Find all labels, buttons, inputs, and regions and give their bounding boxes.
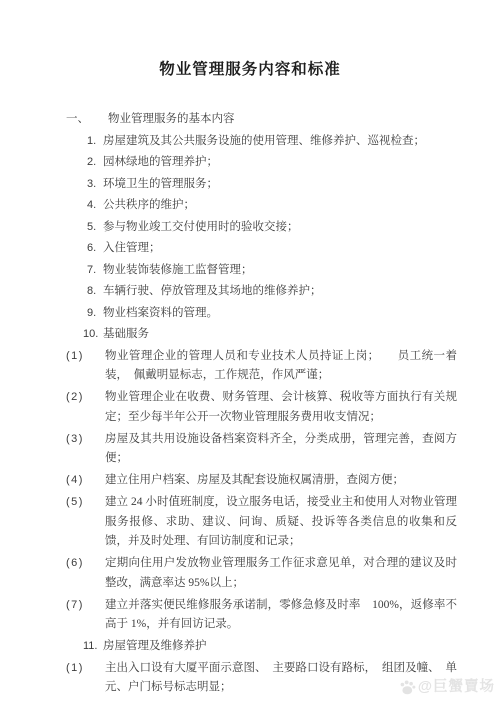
list-item-number: 9. — [87, 304, 100, 324]
list-item: 8. 车辆行驶、停放管理及其场地的维修养护； — [87, 282, 500, 302]
list-item-text: 园林绿地的管理养护； — [103, 153, 218, 173]
list-item: 11. 房屋管理及维修养护 — [83, 637, 500, 657]
list-item-text: 环境卫生的管理服务； — [103, 175, 218, 195]
sub-item-text: 物业管理企业在收费、财务管理、会计核算、税收等方面执行有关规定；至少每半年公开一… — [105, 388, 457, 427]
list-item: 4. 公共秩序的维护； — [87, 196, 500, 216]
section-marker: 一、 — [66, 110, 108, 130]
list-item-number: 4. — [87, 196, 100, 216]
list-item: 7. 物业装饰装修施工监督管理； — [87, 261, 500, 281]
sub-list-item: (1) 物业管理企业的管理人员和专业技术人员持证上岗； 员工统一着装， 佩戴明显… — [66, 347, 500, 386]
list-item: 6. 入住管理； — [87, 239, 500, 259]
sub-list-item: (5) 建立 24 小时值班制度，设立服务电话，接受业主和使用人对物业管理服务报… — [66, 493, 500, 552]
list-item-number: 6. — [87, 239, 100, 259]
sub-item-number: (4) — [66, 471, 105, 491]
sub-list-item: (4) 建立住用户档案、房屋及其配套设施权属清册，查阅方便； — [66, 471, 500, 491]
list-item-text: 房屋管理及维修养护 — [103, 637, 207, 657]
sub-item-number: (6) — [66, 554, 105, 593]
document-title: 物业管理服务内容和标准 — [0, 0, 500, 81]
sub-list-item: (7) 建立并落实便民维修服务承诺制，零修急修及时率 100%，返修率不高于 1… — [66, 596, 500, 635]
list-item-text: 物业装饰装修施工监督管理； — [103, 261, 253, 281]
sub-item-text: 建立并落实便民维修服务承诺制，零修急修及时率 100%，返修率不高于 1%，并有… — [105, 596, 457, 635]
list-item: 3. 环境卫生的管理服务； — [87, 175, 500, 195]
list-item: 9. 物业档案资料的管理。 — [87, 304, 500, 324]
basic-content-list: 1. 房屋建筑及其公共服务设施的使用管理、维修养护、巡视检查； 2. 园林绿地的… — [0, 132, 500, 345]
list-item-text: 物业档案资料的管理。 — [103, 304, 218, 324]
list-item-number: 3. — [87, 175, 100, 195]
list-item-text: 房屋建筑及其公共服务设施的使用管理、维修养护、巡视检查； — [103, 132, 425, 152]
list-item: 5. 参与物业竣工交付使用时的验收交接； — [87, 218, 500, 238]
section-heading: 一、物业管理服务的基本内容 — [66, 110, 500, 130]
list-item: 2. 园林绿地的管理养护； — [87, 153, 500, 173]
sub-item-number: (1) — [66, 659, 105, 698]
list-item-number: 5. — [87, 218, 100, 238]
watermark-text: @巨蟹賣场 — [418, 678, 495, 698]
basic-service-sublist: (1) 物业管理企业的管理人员和专业技术人员持证上岗； 员工统一着装， 佩戴明显… — [0, 347, 500, 635]
sub-item-number: (3) — [66, 430, 105, 469]
sub-item-text: 定期向住用户发放物业管理服务工作征求意见单，对合理的建议及时整改，满意率达 95… — [105, 554, 457, 593]
list-item-number: 7. — [87, 261, 100, 281]
list-item-number: 11. — [83, 637, 100, 657]
list-item-text: 参与物业竣工交付使用时的验收交接； — [103, 218, 299, 238]
sub-item-text: 建立住用户档案、房屋及其配套设施权属清册，查阅方便； — [105, 471, 457, 491]
sub-item-text: 物业管理企业的管理人员和专业技术人员持证上岗； 员工统一着装， 佩戴明显标志，工… — [105, 347, 457, 386]
document-page: 物业管理服务内容和标准 一、物业管理服务的基本内容 1. 房屋建筑及其公共服务设… — [0, 0, 500, 706]
list-item-number: 10. — [83, 325, 100, 345]
list-item-number: 8. — [87, 282, 100, 302]
list-item-number: 1. — [87, 132, 100, 152]
paw-icon — [399, 679, 416, 696]
sub-item-number: (1) — [66, 347, 105, 386]
sub-list-item: (2) 物业管理企业在收费、财务管理、会计核算、税收等方面执行有关规定；至少每半… — [66, 388, 500, 427]
sub-item-text: 建立 24 小时值班制度，设立服务电话，接受业主和使用人对物业管理服务报修、求助… — [105, 493, 457, 552]
list-item-text: 入住管理； — [103, 239, 161, 259]
sub-item-number: (5) — [66, 493, 105, 552]
sub-item-number: (2) — [66, 388, 105, 427]
section-heading-text: 物业管理服务的基本内容 — [108, 113, 235, 125]
sub-item-text: 房屋及其共用设施设备档案资料齐全，分类成册，管理完善，查阅方便； — [105, 430, 457, 469]
sub-list-item: (6) 定期向住用户发放物业管理服务工作征求意见单，对合理的建议及时整改，满意率… — [66, 554, 500, 593]
list-item-number: 2. — [87, 153, 100, 173]
list-item-text: 车辆行驶、停放管理及其场地的维修养护； — [103, 282, 322, 302]
list-item: 1. 房屋建筑及其公共服务设施的使用管理、维修养护、巡视检查； — [87, 132, 500, 152]
sub-list-item: (3) 房屋及其共用设施设备档案资料齐全，分类成册，管理完善，查阅方便； — [66, 430, 500, 469]
watermark: @巨蟹賣场 — [399, 678, 495, 698]
list-item-text: 基础服务 — [103, 325, 149, 345]
list-item-text: 公共秩序的维护； — [103, 196, 195, 216]
list-item: 10. 基础服务 — [83, 325, 500, 345]
sub-item-number: (7) — [66, 596, 105, 635]
